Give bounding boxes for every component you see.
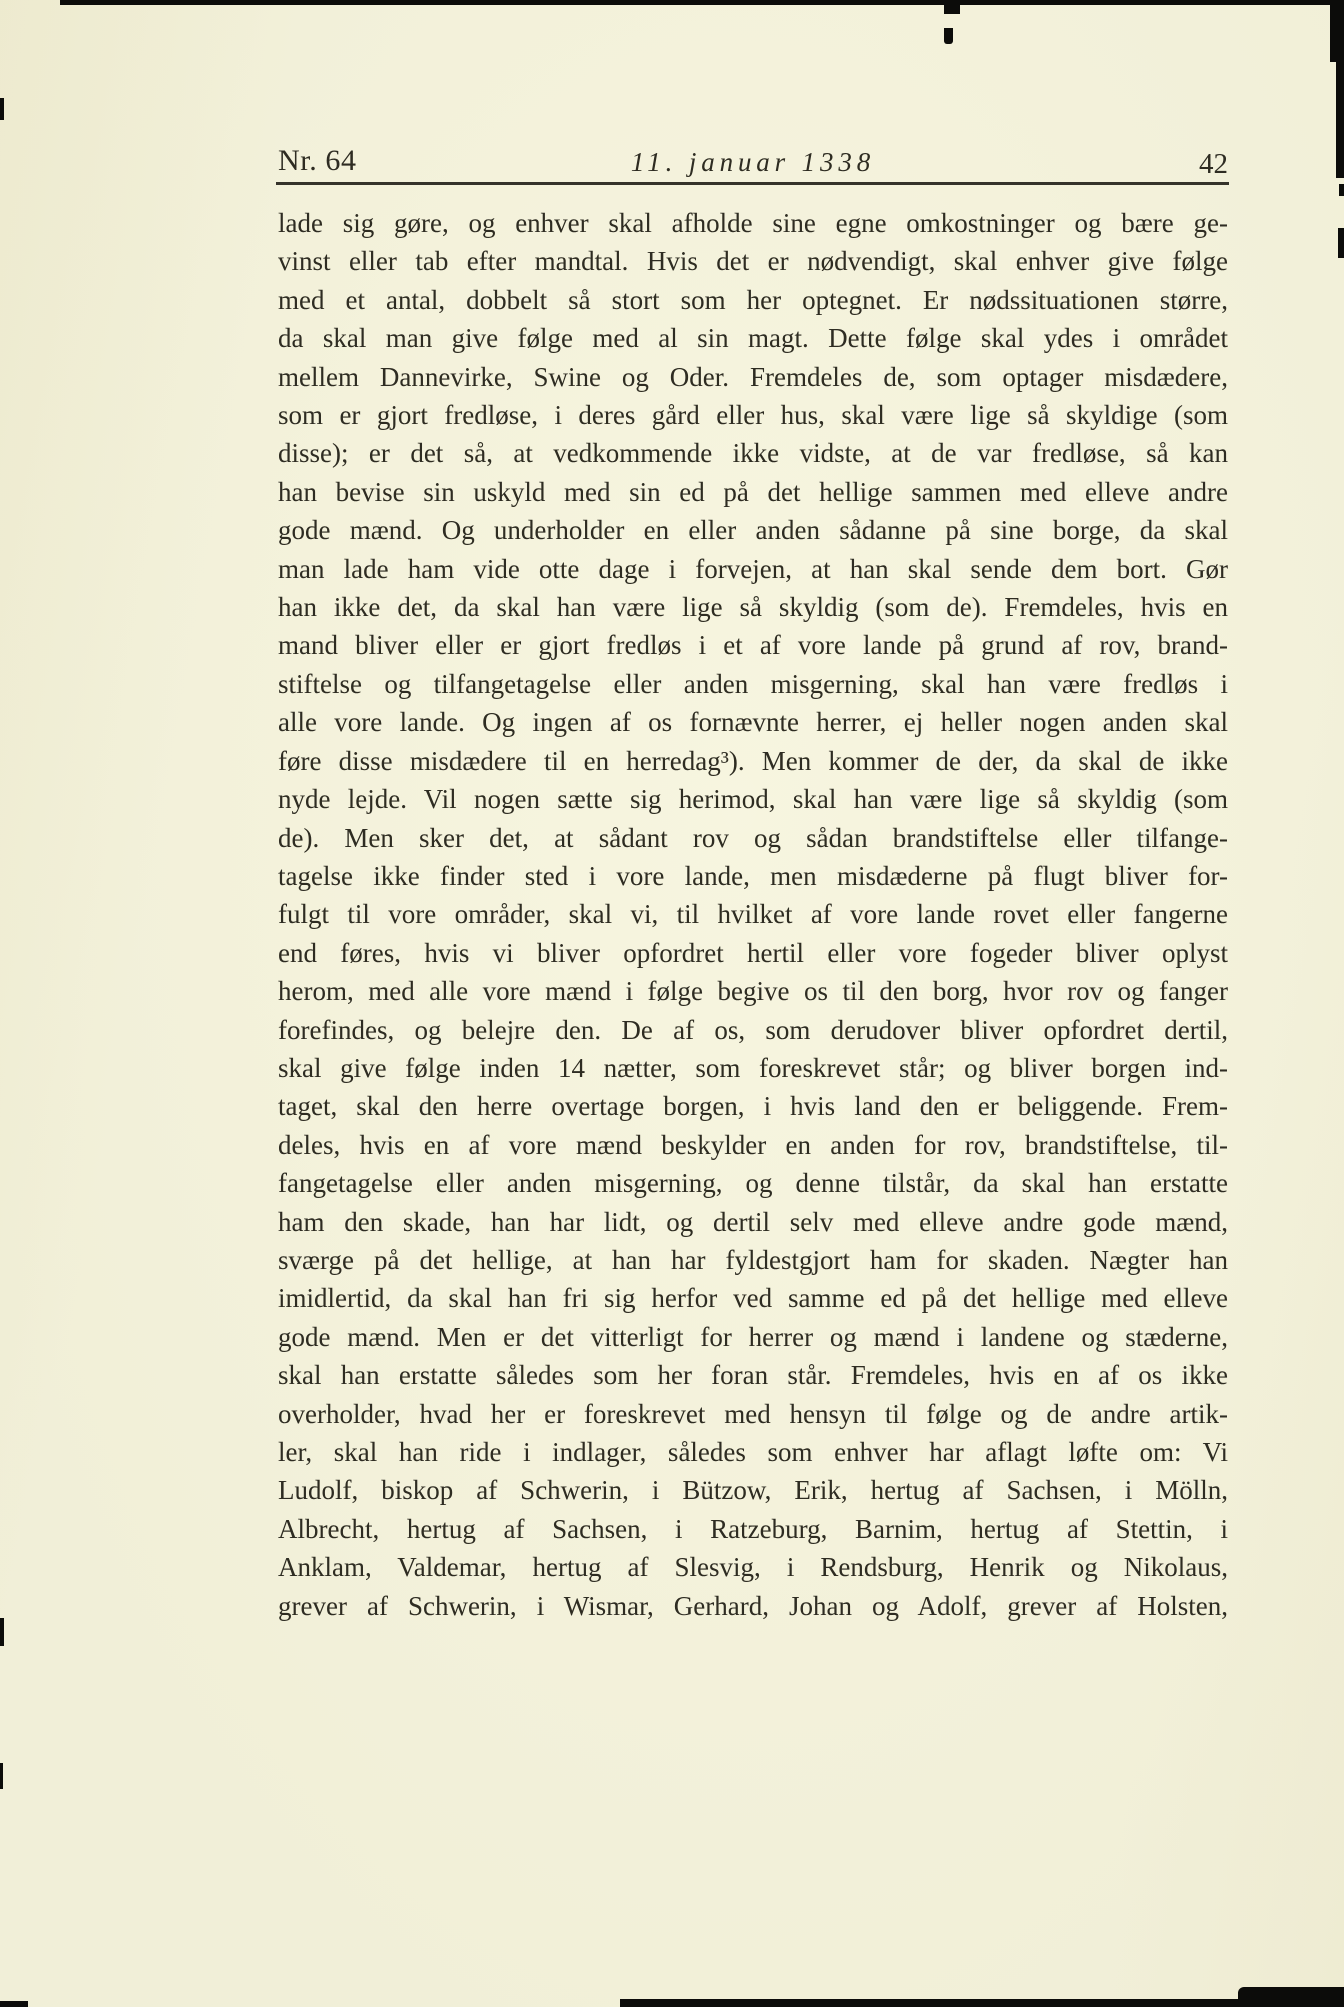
text-line: gode mænd. Men er det vitterligt for her…	[278, 1318, 1228, 1356]
text-line: Ludolf, biskop af Schwerin, i Bützow, Er…	[278, 1471, 1228, 1509]
text-line: nyde lejde. Vil nogen sætte sig herimod,…	[278, 780, 1228, 818]
scan-edge-bottom	[620, 1999, 1344, 2007]
header-rule	[276, 182, 1229, 185]
text-line: man lade ham vide otte dage i forvejen, …	[278, 550, 1228, 588]
text-line: med et antal, dobbelt så stort som her o…	[278, 281, 1228, 319]
scan-edge-right-mark	[1339, 184, 1344, 196]
text-line: de). Men sker det, at sådant rov og såda…	[278, 819, 1228, 857]
text-block: lade sig gøre, og enhver skal afholde si…	[278, 204, 1228, 1625]
text-line: vinst eller tab efter mandtal. Hvis det …	[278, 242, 1228, 280]
text-line: herom, med alle vore mænd i følge begive…	[278, 972, 1228, 1010]
page-number: 42	[278, 148, 1228, 181]
text-line: mellem Dannevirke, Swine og Oder. Fremde…	[278, 358, 1228, 396]
scan-edge-bottom-blob	[1238, 1987, 1344, 2007]
text-line: som er gjort fredløse, i deres gård elle…	[278, 396, 1228, 434]
text-line: grever af Schwerin, i Wismar, Gerhard, J…	[278, 1587, 1228, 1625]
text-line: Anklam, Valdemar, hertug af Slesvig, i R…	[278, 1548, 1228, 1586]
text-line: ham den skade, han har lidt, og dertil s…	[278, 1203, 1228, 1241]
text-line: imidlertid, da skal han fri sig herfor v…	[278, 1279, 1228, 1317]
text-line: mand bliver eller er gjort fredløs i et …	[278, 626, 1228, 664]
scan-edge-left-mark	[0, 1763, 3, 1789]
text-line: han bevise sin uskyld med sin ed på det …	[278, 473, 1228, 511]
text-line: føre disse misdædere til en herredag³). …	[278, 742, 1228, 780]
text-line: sværge på det hellige, at han har fyldes…	[278, 1241, 1228, 1279]
scan-edge-left-mark	[0, 98, 4, 120]
text-line: disse); er det så, at vedkommende ikke v…	[278, 434, 1228, 472]
scan-edge-top	[60, 0, 1344, 5]
text-line: fangetagelse eller anden misgerning, og …	[278, 1164, 1228, 1202]
text-line: fulgt til vore områder, skal vi, til hvi…	[278, 895, 1228, 933]
text-line: stiftelse og tilfangetagelse eller anden…	[278, 665, 1228, 703]
scan-edge-top-blob	[944, 0, 960, 14]
text-line: overholder, hvad her er foreskrevet med …	[278, 1395, 1228, 1433]
scan-edge-left-mark	[0, 1618, 4, 1646]
text-line: lade sig gøre, og enhver skal afholde si…	[278, 204, 1228, 242]
text-line: forefindes, og belejre den. De af os, so…	[278, 1011, 1228, 1049]
scanned-book-page: Nr. 64 11. januar 1338 42 lade sig gøre,…	[0, 0, 1344, 2007]
text-line: deles, hvis en af vore mænd beskylder en…	[278, 1126, 1228, 1164]
text-line: han ikke det, da skal han være lige så s…	[278, 588, 1228, 626]
scan-edge-bottom-mark	[0, 2001, 28, 2007]
text-line: skal han erstatte således som her foran …	[278, 1356, 1228, 1394]
text-line: ler, skal han ride i indlager, således s…	[278, 1433, 1228, 1471]
text-line: end føres, hvis vi bliver opfordret hert…	[278, 934, 1228, 972]
scan-edge-top-blob	[944, 28, 953, 44]
scan-edge-right-mark	[1338, 228, 1344, 258]
text-line: da skal man give følge med al sin magt. …	[278, 319, 1228, 357]
text-line: alle vore lande. Og ingen af os fornævnt…	[278, 703, 1228, 741]
text-line: gode mænd. Og underholder en eller anden…	[278, 511, 1228, 549]
text-line: skal give følge inden 14 nætter, som for…	[278, 1049, 1228, 1087]
scan-edge-right	[1330, 0, 1344, 62]
text-line: Albrecht, hertug af Sachsen, i Ratzeburg…	[278, 1510, 1228, 1548]
text-line: taget, skal den herre overtage borgen, i…	[278, 1087, 1228, 1125]
text-line: tagelse ikke finder sted i vore lande, m…	[278, 857, 1228, 895]
